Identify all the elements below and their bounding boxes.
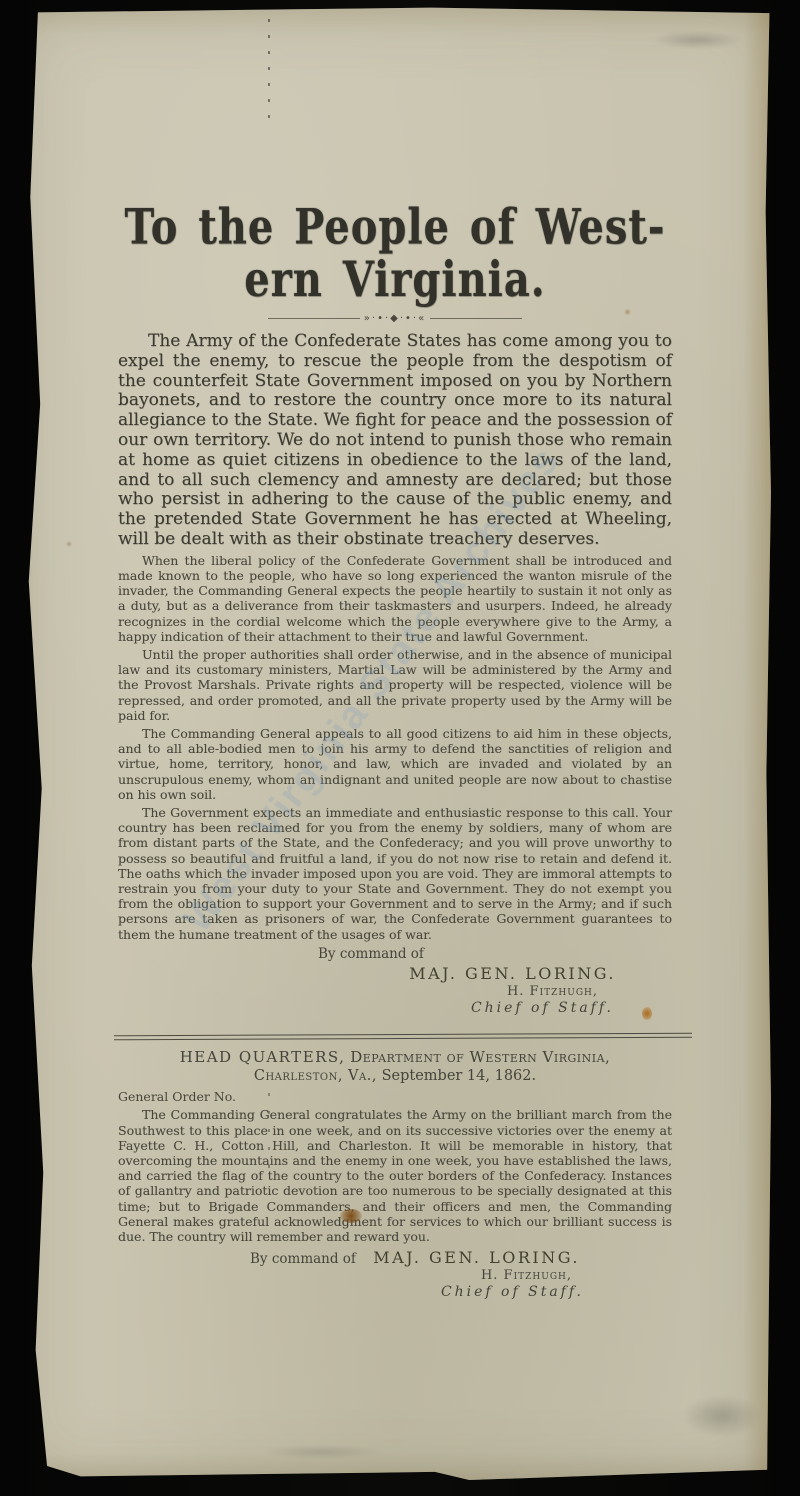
title-line-2: ern Virginia. (118, 253, 672, 305)
dateline-place: Charleston, Va., (254, 1068, 377, 1084)
title-divider: »·•·◆·•·« (118, 313, 672, 324)
general-order-number-label: General Order No. (118, 1089, 672, 1104)
divider-line (430, 318, 522, 319)
signature-row: By command of MAJ. GEN. LORING. (118, 1248, 672, 1267)
paper-sheet: West Virginia State Archives To the Peop… (12, 5, 774, 1483)
by-command-line: By command of (250, 1251, 356, 1267)
paragraph: The Commanding General appeals to all go… (118, 726, 672, 802)
general-order-body: The Commanding General congratulates the… (118, 1107, 672, 1244)
scanned-broadside: West Virginia State Archives To the Peop… (0, 0, 800, 1496)
paragraph: Until the proper authorities shall order… (118, 647, 672, 723)
lead-paragraph: The Army of the Confederate States has c… (118, 332, 672, 550)
by-command-line: By command of (318, 946, 672, 962)
dateline-date: September 14, 1862. (382, 1068, 537, 1084)
signature-name: MAJ. GEN. LORING. (118, 964, 672, 983)
divider-line (268, 318, 360, 319)
document-content: To the People of West- ern Virginia. »·•… (118, 5, 672, 1300)
section-divider-rule (114, 1033, 692, 1040)
headquarters-label: HEAD QUARTERS, (180, 1048, 346, 1066)
paragraph: The Government expects an immediate and … (118, 805, 672, 942)
title-line-1: To the People of West- (118, 201, 672, 253)
document-title: To the People of West- ern Virginia. (118, 201, 672, 306)
smudge (262, 1445, 382, 1459)
paragraph: When the liberal policy of the Confedera… (118, 553, 672, 644)
divider-ornament-icon: »·•·◆·•·« (360, 313, 430, 324)
dateline: Charleston, Va., September 14, 1862. (118, 1067, 672, 1085)
ink-speck-line (268, 19, 270, 127)
department-label: Department of Western Virginia, (350, 1048, 610, 1066)
signature-aide: H. Fitzhugh, (118, 984, 672, 999)
headquarters-line: HEAD QUARTERS, Department of Western Vir… (118, 1048, 672, 1066)
ink-speck-line (268, 1093, 270, 1173)
signature-name: MAJ. GEN. LORING. (373, 1248, 672, 1267)
signature-block: MAJ. GEN. LORING. H. Fitzhugh, Chief of … (118, 964, 672, 1016)
signature-aide: H. Fitzhugh, (118, 1268, 672, 1283)
signature-role: Chief of Staff. (118, 1000, 672, 1016)
foxing-spot (66, 541, 72, 547)
signature-role: Chief of Staff. (118, 1284, 672, 1300)
smudge (682, 1395, 762, 1437)
